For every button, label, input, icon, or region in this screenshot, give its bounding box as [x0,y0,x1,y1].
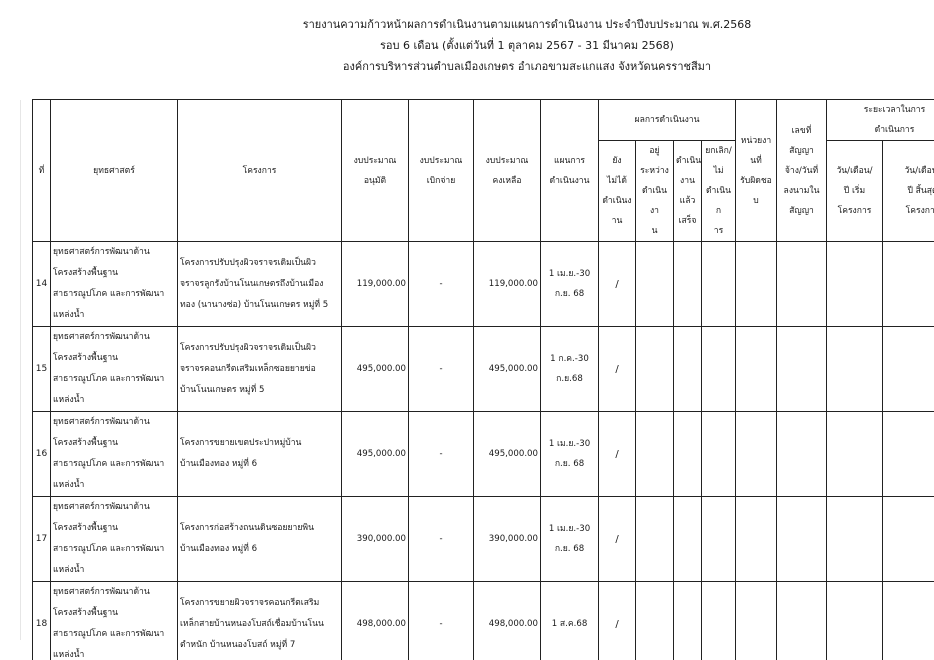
header-period-end: วัน/เดือน/ ปี สิ้นสุด โครงการ [883,141,934,242]
row-no: 17 [33,497,51,582]
row-project: โครงการขยายเขตประปาหมู่บ้าน บ้านเมืองทอง… [178,412,342,497]
row-contract-no [777,582,827,660]
header-contract-no: เลขที่ สัญญา จ้าง/วันที่ ลงนามใน สัญญา [777,100,827,242]
progress-report-table: ที่ ยุทธศาสตร์ โครงการ งบประมาณ อนุมัติ … [32,99,934,660]
row-contract-no [777,497,827,582]
row-not-started-mark: / [599,497,636,582]
table-row: 14 ยุทธศาสตร์การพัฒนาด้าน โครงสร้างพื้นฐ… [33,242,934,327]
row-plan: 1 เม.ย.-30 ก.ย. 68 [541,497,599,582]
table-row: 16 ยุทธศาสตร์การพัฒนาด้าน โครงสร้างพื้นฐ… [33,412,934,497]
row-period-end [883,582,934,660]
header-result-group: ผลการดำเนินงาน [599,100,736,141]
header-done: ดำเนิน งาน แล้ว เสร็จ [674,141,702,242]
header-not-started: ยัง ไม่ได้ ดำเนินง าน [599,141,636,242]
header-plan: แผนการ ดำเนินงาน [541,100,599,242]
row-project: โครงการปรับปรุงผิวจราจรเดิมเป็นผิว จราจร… [178,242,342,327]
report-title-block: รายงานความก้าวหน้าผลการดำเนินงานตามแผนกา… [0,14,934,77]
row-project: โครงการก่อสร้างถนนดินซอยยายพิน บ้านเมือง… [178,497,342,582]
header-period-start: วัน/เดือน/ ปี เริ่ม โครงการ [827,141,883,242]
table-row: 18 ยุทธศาสตร์การพัฒนาด้าน โครงสร้างพื้นฐ… [33,582,934,660]
row-contract-no [777,412,827,497]
row-cancelled-mark [702,242,736,327]
row-period-start [827,412,883,497]
row-budget-remaining: 119,000.00 [474,242,541,327]
row-period-end [883,242,934,327]
row-not-started-mark: / [599,412,636,497]
header-row-1: ที่ ยุทธศาสตร์ โครงการ งบประมาณ อนุมัติ … [33,100,934,141]
row-budget-approved: 495,000.00 [342,412,409,497]
row-strategy: ยุทธศาสตร์การพัฒนาด้าน โครงสร้างพื้นฐาน … [51,582,178,660]
row-project: โครงการปรับปรุงผิวจราจรเดิมเป็นผิว จราจร… [178,327,342,412]
header-budget-disbursed: งบประมาณ เบิกจ่าย [409,100,474,242]
row-not-started-mark: / [599,242,636,327]
row-period-start [827,242,883,327]
row-period-start [827,497,883,582]
row-in-progress-mark [636,242,674,327]
row-done-mark [674,582,702,660]
row-period-start [827,327,883,412]
row-budget-disbursed: - [409,412,474,497]
header-period-group: ระยะเวลาในการ ดำเนินการ [827,100,934,141]
row-plan: 1 เม.ย.-30 ก.ย. 68 [541,242,599,327]
row-budget-disbursed: - [409,497,474,582]
row-responsible-unit [736,327,777,412]
row-responsible-unit [736,582,777,660]
row-done-mark [674,242,702,327]
row-strategy: ยุทธศาสตร์การพัฒนาด้าน โครงสร้างพื้นฐาน … [51,497,178,582]
row-budget-remaining: 495,000.00 [474,412,541,497]
row-done-mark [674,497,702,582]
header-project: โครงการ [178,100,342,242]
row-no: 14 [33,242,51,327]
row-period-end [883,412,934,497]
header-no: ที่ [33,100,51,242]
row-strategy: ยุทธศาสตร์การพัฒนาด้าน โครงสร้างพื้นฐาน … [51,327,178,412]
row-not-started-mark: / [599,582,636,660]
row-in-progress-mark [636,582,674,660]
row-strategy: ยุทธศาสตร์การพัฒนาด้าน โครงสร้างพื้นฐาน … [51,412,178,497]
row-responsible-unit [736,412,777,497]
report-period: รอบ 6 เดือน (ตั้งแต่วันที่ 1 ตุลาคม 2567… [120,35,934,56]
header-strategy: ยุทธศาสตร์ [51,100,178,242]
row-cancelled-mark [702,497,736,582]
row-budget-disbursed: - [409,327,474,412]
header-budget-approved: งบประมาณ อนุมัติ [342,100,409,242]
row-budget-remaining: 390,000.00 [474,497,541,582]
row-responsible-unit [736,242,777,327]
row-strategy: ยุทธศาสตร์การพัฒนาด้าน โครงสร้างพื้นฐาน … [51,242,178,327]
row-budget-approved: 390,000.00 [342,497,409,582]
row-period-end [883,497,934,582]
header-responsible-unit: หน่วยงา นที่ รับผิดชอ บ [736,100,777,242]
row-in-progress-mark [636,327,674,412]
row-project: โครงการขยายผิวจราจรคอนกรีตเสริม เหล็กสาย… [178,582,342,660]
header-budget-remaining: งบประมาณ คงเหลือ [474,100,541,242]
row-in-progress-mark [636,497,674,582]
row-budget-approved: 119,000.00 [342,242,409,327]
row-cancelled-mark [702,327,736,412]
row-budget-approved: 498,000.00 [342,582,409,660]
row-budget-disbursed: - [409,242,474,327]
row-budget-disbursed: - [409,582,474,660]
row-plan: 1 เม.ย.-30 ก.ย. 68 [541,412,599,497]
row-responsible-unit [736,497,777,582]
table-row: 17 ยุทธศาสตร์การพัฒนาด้าน โครงสร้างพื้นฐ… [33,497,934,582]
row-no: 15 [33,327,51,412]
table-row: 15 ยุทธศาสตร์การพัฒนาด้าน โครงสร้างพื้นฐ… [33,327,934,412]
row-in-progress-mark [636,412,674,497]
report-organization: องค์การบริหารส่วนตำบลเมืองเกษตร อำเภอขาม… [120,56,934,77]
header-cancelled: ยกเลิก/ ไม่ ดำเนินก าร [702,141,736,242]
row-not-started-mark: / [599,327,636,412]
row-done-mark [674,412,702,497]
row-period-start [827,582,883,660]
row-budget-approved: 495,000.00 [342,327,409,412]
row-plan: 1 ก.ค.-30 ก.ย.68 [541,327,599,412]
row-contract-no [777,242,827,327]
header-in-progress: อยู่ ระหว่าง ดำเนินงา น [636,141,674,242]
row-done-mark [674,327,702,412]
row-plan: 1 ส.ค.68 [541,582,599,660]
row-no: 16 [33,412,51,497]
row-budget-remaining: 498,000.00 [474,582,541,660]
row-contract-no [777,327,827,412]
report-title: รายงานความก้าวหน้าผลการดำเนินงานตามแผนกา… [120,14,934,35]
row-no: 18 [33,582,51,660]
row-period-end [883,327,934,412]
row-cancelled-mark [702,412,736,497]
row-cancelled-mark [702,582,736,660]
row-budget-remaining: 495,000.00 [474,327,541,412]
scan-edge-line [20,100,21,640]
